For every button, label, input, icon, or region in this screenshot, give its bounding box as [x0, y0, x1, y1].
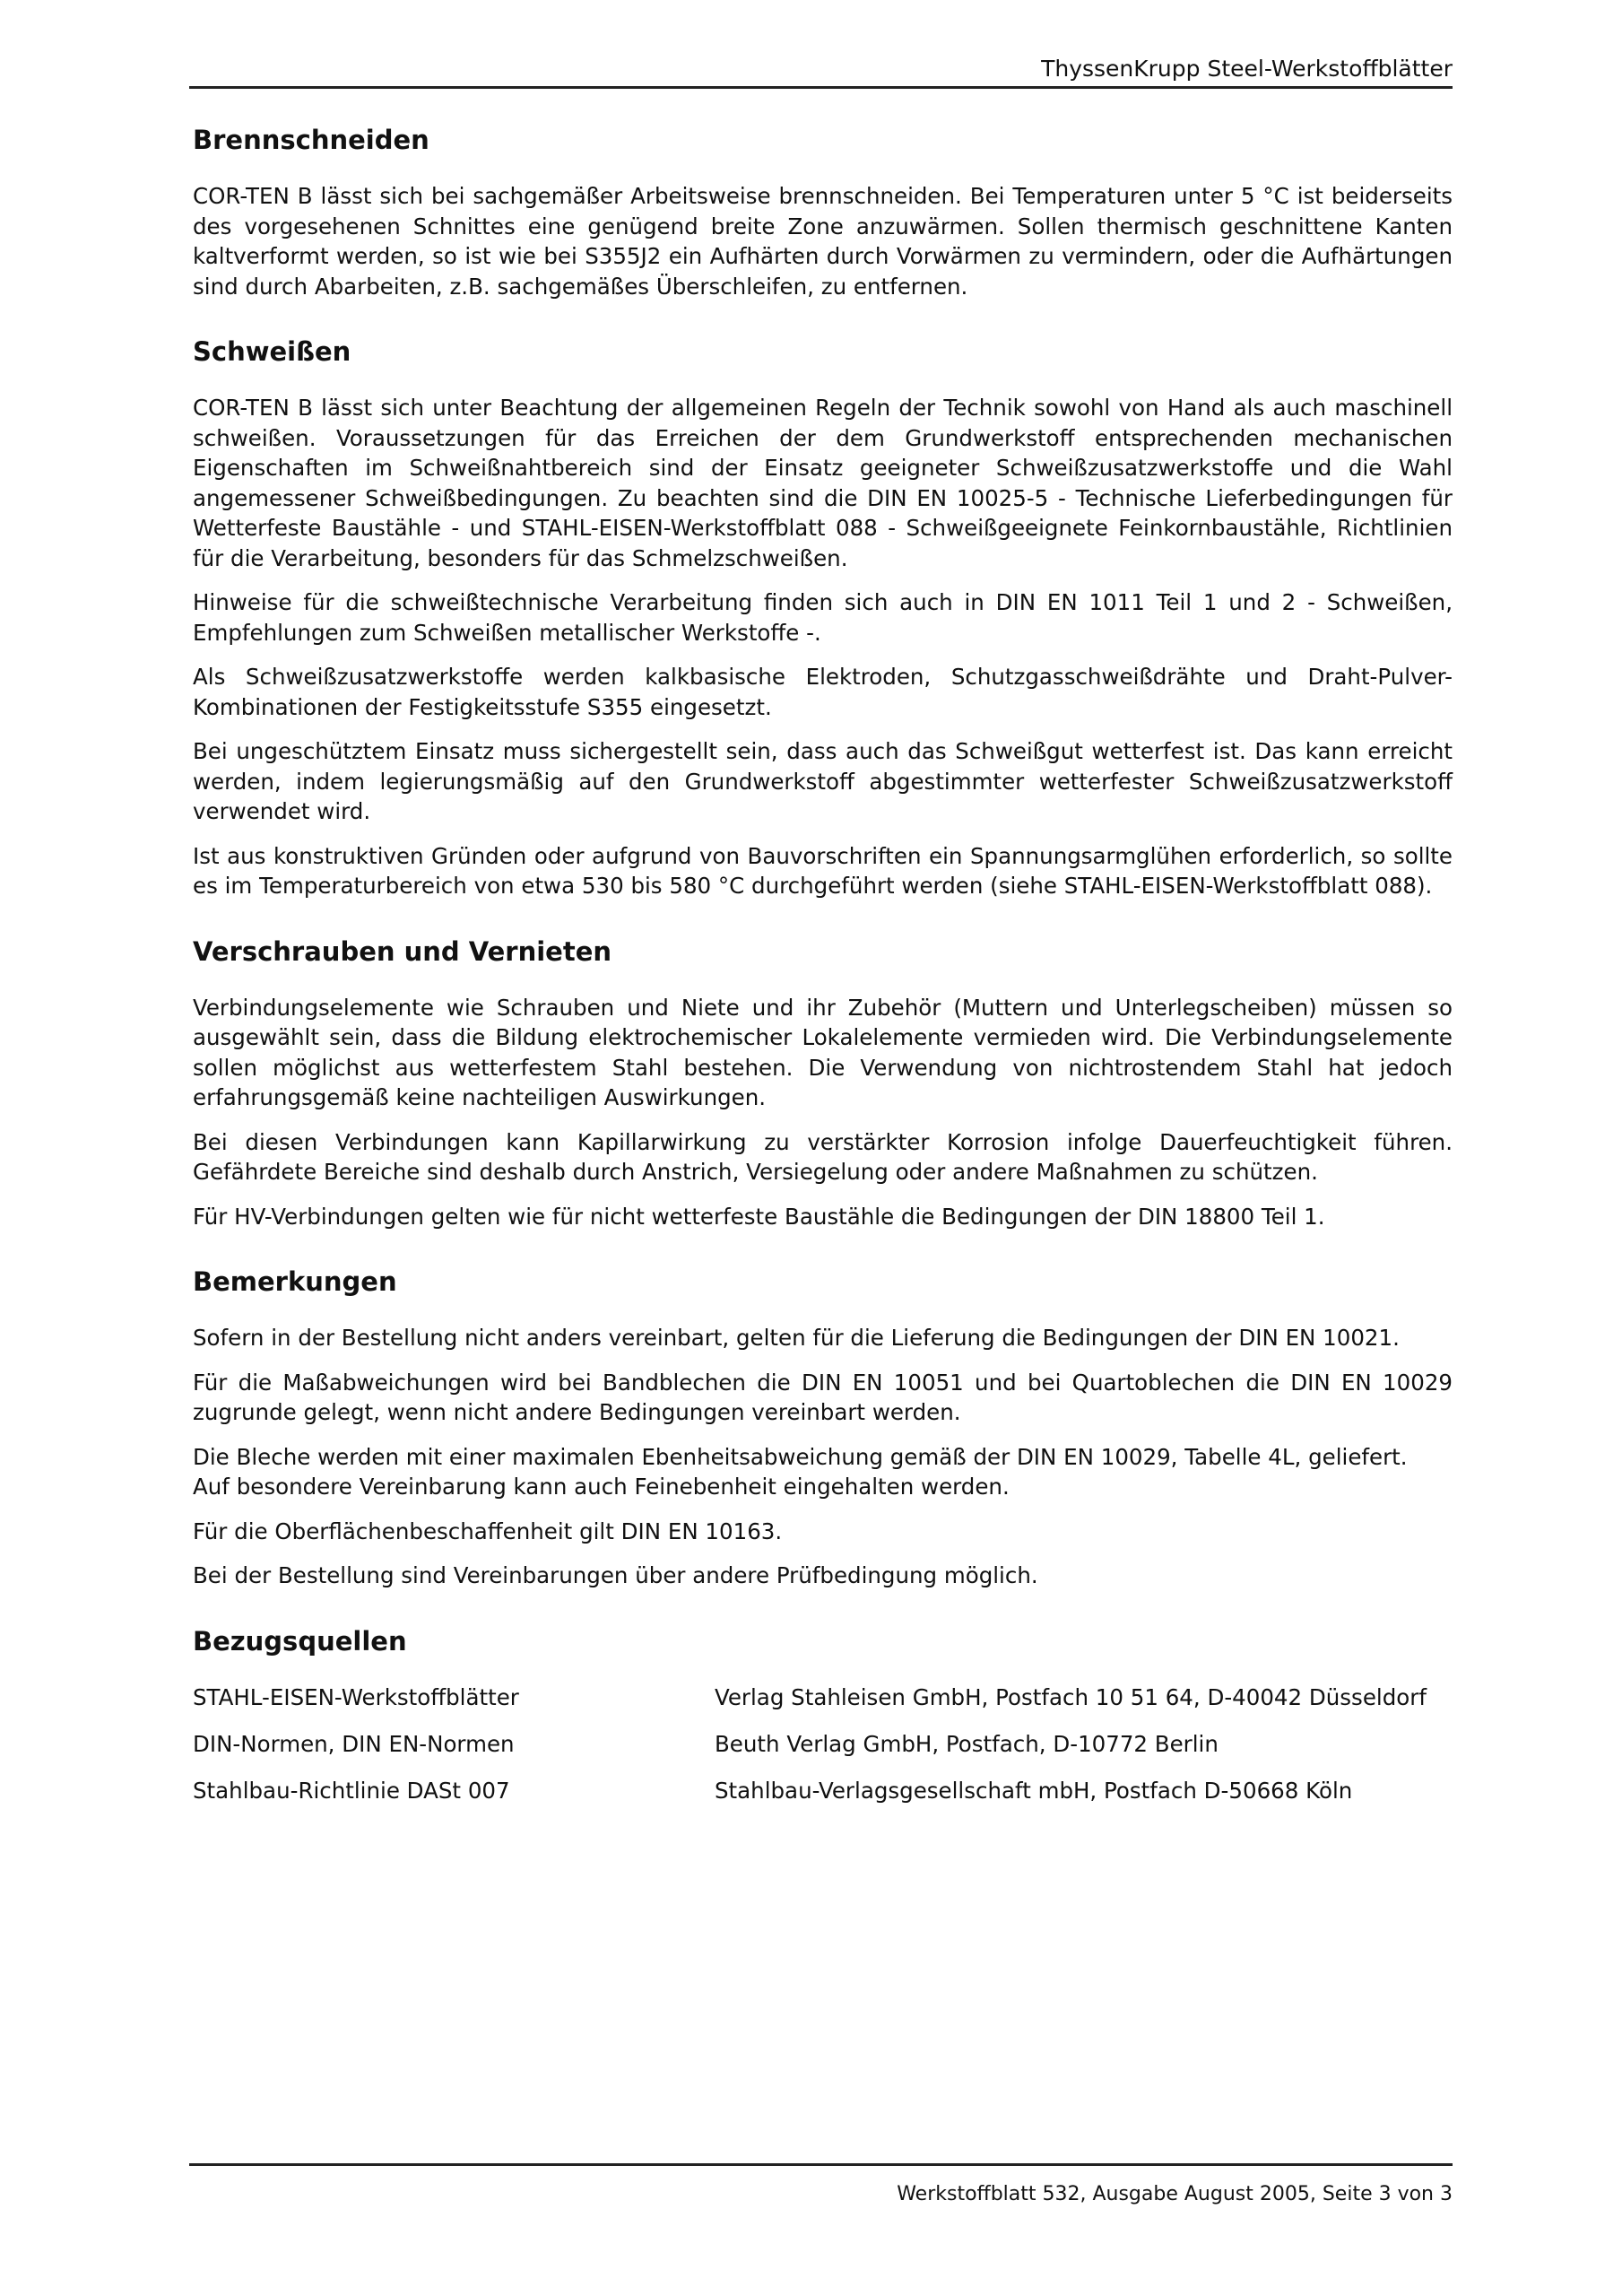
- paragraph: Für die Oberflächenbeschaffenheit gilt D…: [193, 1517, 1453, 1547]
- table-row: Stahlbau-Richtlinie DASt 007 Stahlbau-Ve…: [193, 1776, 1453, 1822]
- paragraph: Ist aus konstruktiven Gründen oder aufgr…: [193, 841, 1453, 901]
- footer-text: Werkstoffblatt 532, Ausgabe August 2005,…: [897, 2183, 1453, 2205]
- section-heading: Bemerkungen: [193, 1265, 1453, 1298]
- paragraph: Bei diesen Verbindungen kann Kapillarwir…: [193, 1127, 1453, 1187]
- source-address: Stahlbau-Verlagsgesellschaft mbH, Postfa…: [715, 1776, 1453, 1822]
- section-heading: Bezugsquellen: [193, 1625, 1453, 1657]
- source-address: Beuth Verlag GmbH, Postfach, D-10772 Ber…: [715, 1729, 1453, 1776]
- paragraph: Bei der Bestellung sind Vereinbarungen ü…: [193, 1561, 1453, 1591]
- running-header: ThyssenKrupp Steel-Werkstoffblätter: [1041, 56, 1453, 82]
- source-name: STAHL-EISEN-Werkstoffblätter: [193, 1683, 715, 1729]
- source-name: DIN-Normen, DIN EN-Normen: [193, 1729, 715, 1776]
- table-row: DIN-Normen, DIN EN-Normen Beuth Verlag G…: [193, 1729, 1453, 1776]
- paragraph: COR-TEN B lässt sich bei sachgemäßer Arb…: [193, 181, 1453, 301]
- page-content: Brennschneiden COR-TEN B lässt sich bei …: [193, 124, 1453, 1857]
- paragraph: Hinweise für die schweißtechnische Verar…: [193, 587, 1453, 648]
- section-bezugsquellen: Bezugsquellen STAHL-EISEN-Werkstoffblätt…: [193, 1625, 1453, 1822]
- section-brennschneiden: Brennschneiden COR-TEN B lässt sich bei …: [193, 124, 1453, 301]
- paragraph: Verbindungselemente wie Schrauben und Ni…: [193, 993, 1453, 1113]
- paragraph: Bei ungeschütztem Einsatz muss sicherges…: [193, 736, 1453, 827]
- paragraph: Für die Maßabweichungen wird bei Bandble…: [193, 1368, 1453, 1428]
- header-rule: [189, 86, 1453, 89]
- table-row: STAHL-EISEN-Werkstoffblätter Verlag Stah…: [193, 1683, 1453, 1729]
- paragraph: Als Schweißzusatzwerkstoffe werden kalkb…: [193, 662, 1453, 722]
- section-heading: Schweißen: [193, 335, 1453, 368]
- section-verschrauben: Verschrauben und Vernieten Verbindungsel…: [193, 935, 1453, 1232]
- paragraph: Für HV-Verbindungen gelten wie für nicht…: [193, 1202, 1453, 1232]
- section-heading: Brennschneiden: [193, 124, 1453, 156]
- paragraph: COR-TEN B lässt sich unter Beachtung der…: [193, 393, 1453, 573]
- paragraph: Sofern in der Bestellung nicht anders ve…: [193, 1323, 1453, 1353]
- sources-table: STAHL-EISEN-Werkstoffblätter Verlag Stah…: [193, 1683, 1453, 1822]
- source-name: Stahlbau-Richtlinie DASt 007: [193, 1776, 715, 1822]
- section-schweissen: Schweißen COR-TEN B lässt sich unter Bea…: [193, 335, 1453, 901]
- paragraph: Die Bleche werden mit einer maximalen Eb…: [193, 1442, 1453, 1502]
- section-heading: Verschrauben und Vernieten: [193, 935, 1453, 968]
- footer-rule: [189, 2163, 1453, 2166]
- section-bemerkungen: Bemerkungen Sofern in der Bestellung nic…: [193, 1265, 1453, 1591]
- source-address: Verlag Stahleisen GmbH, Postfach 10 51 6…: [715, 1683, 1453, 1729]
